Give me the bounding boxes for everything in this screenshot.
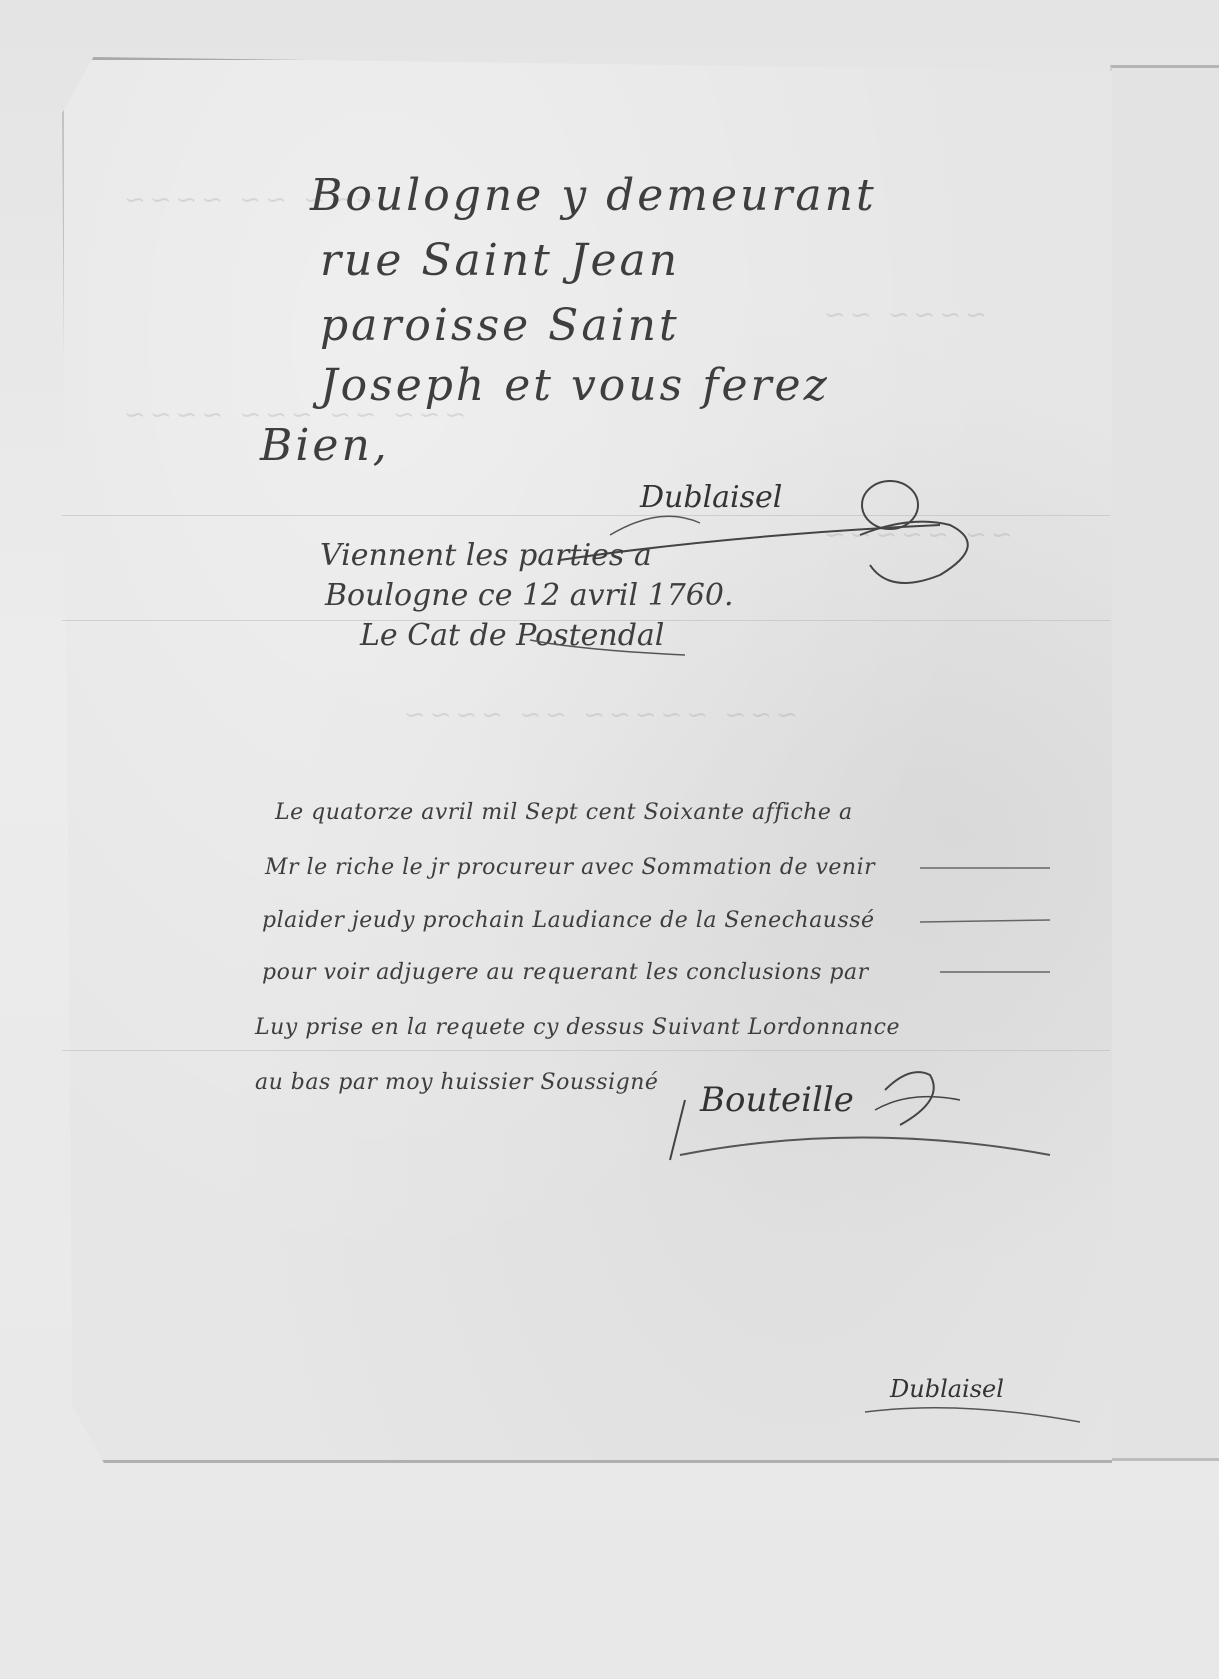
signature-flourish-icon: [660, 1060, 1080, 1170]
handwritten-line: plaider jeudy prochain Laudiance de la S…: [262, 908, 875, 933]
handwritten-line: au bas par moy huissier Soussigné: [255, 1070, 658, 1095]
handwritten-line: Le quatorze avril mil Sept cent Soixante…: [275, 800, 853, 825]
fold-crease: [62, 1050, 1110, 1051]
handwritten-line: Joseph et vous ferez: [320, 360, 830, 411]
signature-dublaisel-footer: Dublaisel: [890, 1375, 1004, 1403]
handwritten-line: Viennent les parties a: [320, 538, 652, 573]
handwritten-line: Boulogne ce 12 avril 1760.: [325, 578, 734, 613]
bleed-through-text: ~~~~ ~~: [820, 300, 987, 330]
handwritten-line: rue Saint Jean: [320, 235, 680, 286]
bleed-through-text: ~~~ ~~~~~ ~~ ~~~~: [400, 700, 798, 730]
handwritten-line: Luy prise en la requete cy dessus Suivan…: [255, 1015, 900, 1040]
line-filler-strokes-icon: [880, 860, 1060, 1000]
underline-flourish-icon: [520, 610, 700, 660]
handwritten-line: Mr le riche le jr procureur avec Sommati…: [265, 855, 875, 880]
handwritten-line: Boulogne y demeurant: [310, 170, 877, 221]
underline-flourish-icon: [860, 1400, 1090, 1430]
handwritten-line: paroisse Saint: [320, 300, 680, 351]
facing-page-edge: [1110, 65, 1219, 1461]
handwritten-line: Bien,: [260, 420, 390, 471]
handwritten-line: pour voir adjugere au requerant les conc…: [262, 960, 869, 985]
